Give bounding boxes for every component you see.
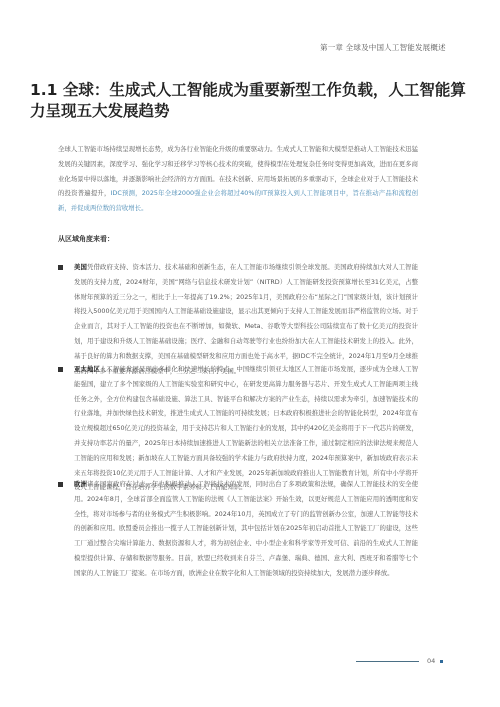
bullet-region: 亚太地区 <box>74 365 100 373</box>
bullet-text: 诸多国家政府在过去一年也积极推动人工智能技术的发展，同时出台了多项政策和法规，确… <box>74 480 418 577</box>
section-title: 1.1 全球：生成式人工智能成为重要新型工作负载，人工智能算力呈现五大发展趋势 <box>30 80 470 122</box>
bullet-region: 欧洲 <box>74 480 87 488</box>
footer-divider <box>356 661 419 662</box>
page-number: 04 <box>427 657 435 665</box>
bullet-europe: 欧洲诸多国家政府在过去一年也积极推动人工智能技术的发展，同时出台了多项政策和法规… <box>58 477 418 581</box>
bullet-usa: 美国凭借政府支持、资本活力、技术基础和创新生态，在人工智能市场继续引领全球发展。… <box>58 260 418 378</box>
bullet-text: 凭借政府支持、资本活力、技术基础和创新生态，在人工智能市场继续引领全球发展。美国… <box>74 263 418 375</box>
intro-paragraph: 全球人工智能市场持续呈现增长态势，成为各行业智能化升级的重要驱动力。生成式人工智… <box>58 142 418 216</box>
chapter-header: 第一章 全球及中国人工智能发展概述 <box>320 42 446 53</box>
bullet-text: 人工智能发展呈现出多样化和快速增长的特点。中国继续引领亚太地区人工智能市场发展，… <box>74 365 418 491</box>
intro-highlight: IDC预测，2025年全球2000强企业会将超过40%的IT预算投入到人工智能项… <box>58 189 418 212</box>
bullet-square-icon <box>58 265 63 270</box>
subheading: 从区域角度来看： <box>58 234 114 244</box>
bullet-square-icon <box>58 367 63 372</box>
page-marker-icon <box>440 660 443 663</box>
bullet-apac: 亚太地区人工智能发展呈现出多样化和快速增长的特点。中国继续引领亚太地区人工智能市… <box>58 362 418 495</box>
bullet-region: 美国 <box>74 263 87 271</box>
bullet-square-icon <box>58 482 63 487</box>
